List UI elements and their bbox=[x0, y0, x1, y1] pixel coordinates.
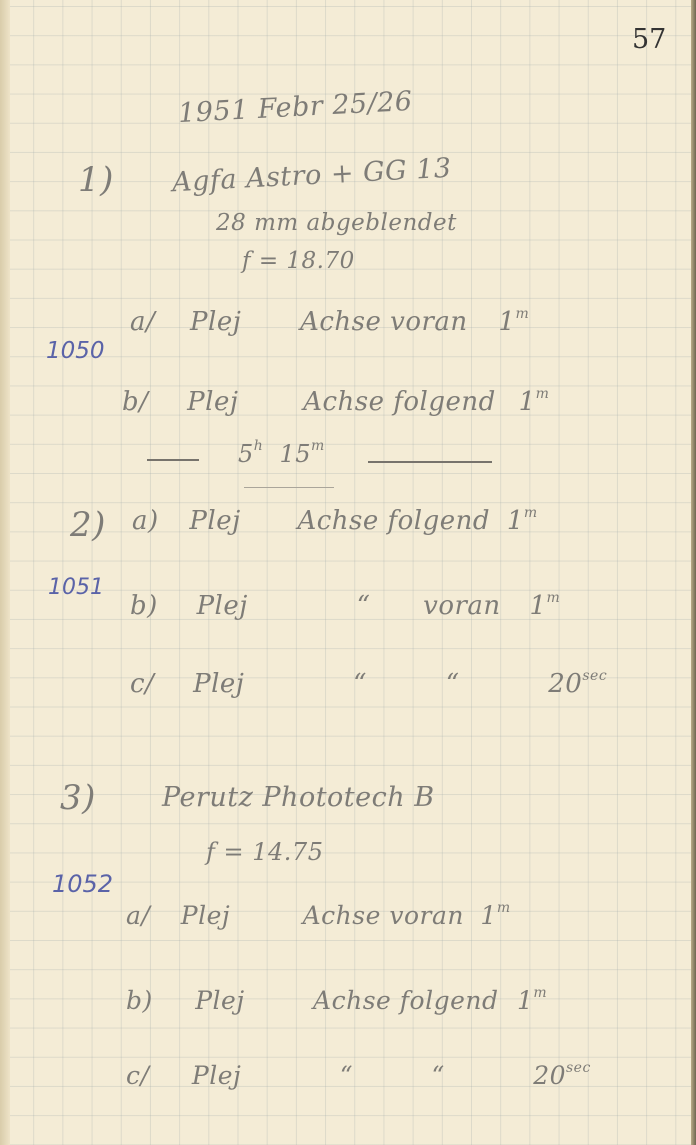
exposure-label: a) bbox=[132, 506, 159, 536]
exposure-object: Plej bbox=[193, 669, 244, 699]
exposure-label: b/ bbox=[122, 387, 148, 417]
entry-number-3: 3) bbox=[60, 778, 96, 818]
exposure-label: a/ bbox=[130, 307, 155, 337]
page-edge bbox=[691, 0, 696, 1145]
exposure-unit: m bbox=[547, 590, 561, 606]
divider-line-left bbox=[147, 459, 199, 461]
total-time: 5h 15m bbox=[238, 438, 325, 468]
entry-3-note-focal: f = 14.75 bbox=[206, 838, 323, 866]
exposure-ditto: “ bbox=[357, 591, 371, 621]
time-minutes: 15 bbox=[279, 440, 311, 468]
exposure-value: 20 bbox=[548, 669, 582, 699]
page-binding bbox=[0, 0, 10, 1145]
exposure-row: a/ Plej Achse voran 1m bbox=[130, 306, 529, 337]
exposure-text: Achse folgend bbox=[297, 506, 490, 536]
exposure-label: c/ bbox=[126, 1061, 149, 1090]
exposure-row: b) Plej Achse folgend 1m bbox=[126, 985, 547, 1015]
exposure-value: 1 bbox=[507, 506, 524, 536]
exposure-value: 1 bbox=[480, 901, 496, 930]
plate-number-1052: 1052 bbox=[52, 870, 113, 898]
exposure-ditto: “ bbox=[340, 1061, 353, 1090]
exposure-unit: m bbox=[533, 985, 547, 1001]
exposure-unit: m bbox=[536, 386, 550, 402]
notebook-page: 57 1951 Febr 25/26 1) Agfa Astro + GG 13… bbox=[0, 0, 696, 1145]
exposure-value: 1 bbox=[498, 307, 515, 337]
exposure-unit: sec bbox=[582, 668, 607, 684]
exposure-label: b) bbox=[126, 986, 153, 1015]
exposure-object: Plej bbox=[192, 1061, 241, 1090]
exposure-ditto: “ bbox=[353, 669, 367, 699]
plate-number-1050: 1050 bbox=[46, 338, 105, 364]
exposure-unit: m bbox=[497, 900, 511, 916]
exposure-text: Achse folgend bbox=[303, 387, 496, 417]
exposure-label: b) bbox=[130, 591, 158, 621]
exposure-object: Plej bbox=[181, 901, 230, 930]
exposure-row: c/ Plej “ “ 20sec bbox=[130, 668, 607, 699]
entry-1-note-focal: f = 18.70 bbox=[242, 248, 355, 274]
exposure-object: Plej bbox=[190, 307, 241, 337]
exposure-value: 1 bbox=[529, 591, 546, 621]
exposure-value: 1 bbox=[517, 986, 533, 1015]
exposure-object: Plej bbox=[197, 591, 248, 621]
plate-number-1051: 1051 bbox=[48, 575, 104, 600]
exposure-unit: m bbox=[524, 505, 538, 521]
exposure-label: c/ bbox=[130, 669, 154, 699]
exposure-row: b) Plej “ voran 1m bbox=[130, 590, 560, 621]
exposure-ditto-2: “ bbox=[431, 1061, 444, 1090]
page-number: 57 bbox=[632, 24, 666, 55]
exposure-row: a/ Plej Achse voran 1m bbox=[126, 900, 511, 930]
exposure-text: voran bbox=[423, 591, 501, 621]
exposure-text: Achse folgend bbox=[313, 986, 498, 1015]
entry-3-title: Perutz Phototech B bbox=[162, 782, 435, 813]
exposure-ditto-2: “ bbox=[446, 669, 460, 699]
entry-number-2: 2) bbox=[70, 505, 106, 545]
exposure-object: Plej bbox=[187, 387, 238, 417]
divider-underline bbox=[244, 487, 334, 488]
time-hours-unit: h bbox=[254, 438, 264, 454]
time-minutes-unit: m bbox=[311, 438, 325, 454]
exposure-text: Achse voran bbox=[300, 307, 468, 337]
exposure-value: 1 bbox=[519, 387, 536, 417]
exposure-value: 20 bbox=[533, 1061, 566, 1090]
exposure-object: Plej bbox=[195, 986, 244, 1015]
exposure-row: c/ Plej “ “ 20sec bbox=[126, 1060, 591, 1090]
divider-line-right bbox=[368, 461, 492, 463]
exposure-row: a) Plej Achse folgend 1m bbox=[132, 505, 538, 536]
exposure-unit: sec bbox=[566, 1060, 591, 1076]
entry-1-note-aperture: 28 mm abgeblendet bbox=[216, 210, 457, 236]
exposure-label: a/ bbox=[126, 901, 150, 930]
exposure-row: b/ Plej Achse folgend 1m bbox=[122, 386, 549, 417]
exposure-unit: m bbox=[515, 306, 529, 322]
time-hours: 5 bbox=[238, 440, 254, 468]
exposure-object: Plej bbox=[189, 506, 240, 536]
entry-1-title: Agfa Astro + GG 13 bbox=[171, 153, 452, 199]
entry-date: 1951 Febr 25/26 bbox=[177, 86, 413, 129]
exposure-text: Achse voran bbox=[303, 901, 464, 930]
entry-number-1: 1) bbox=[78, 160, 114, 200]
